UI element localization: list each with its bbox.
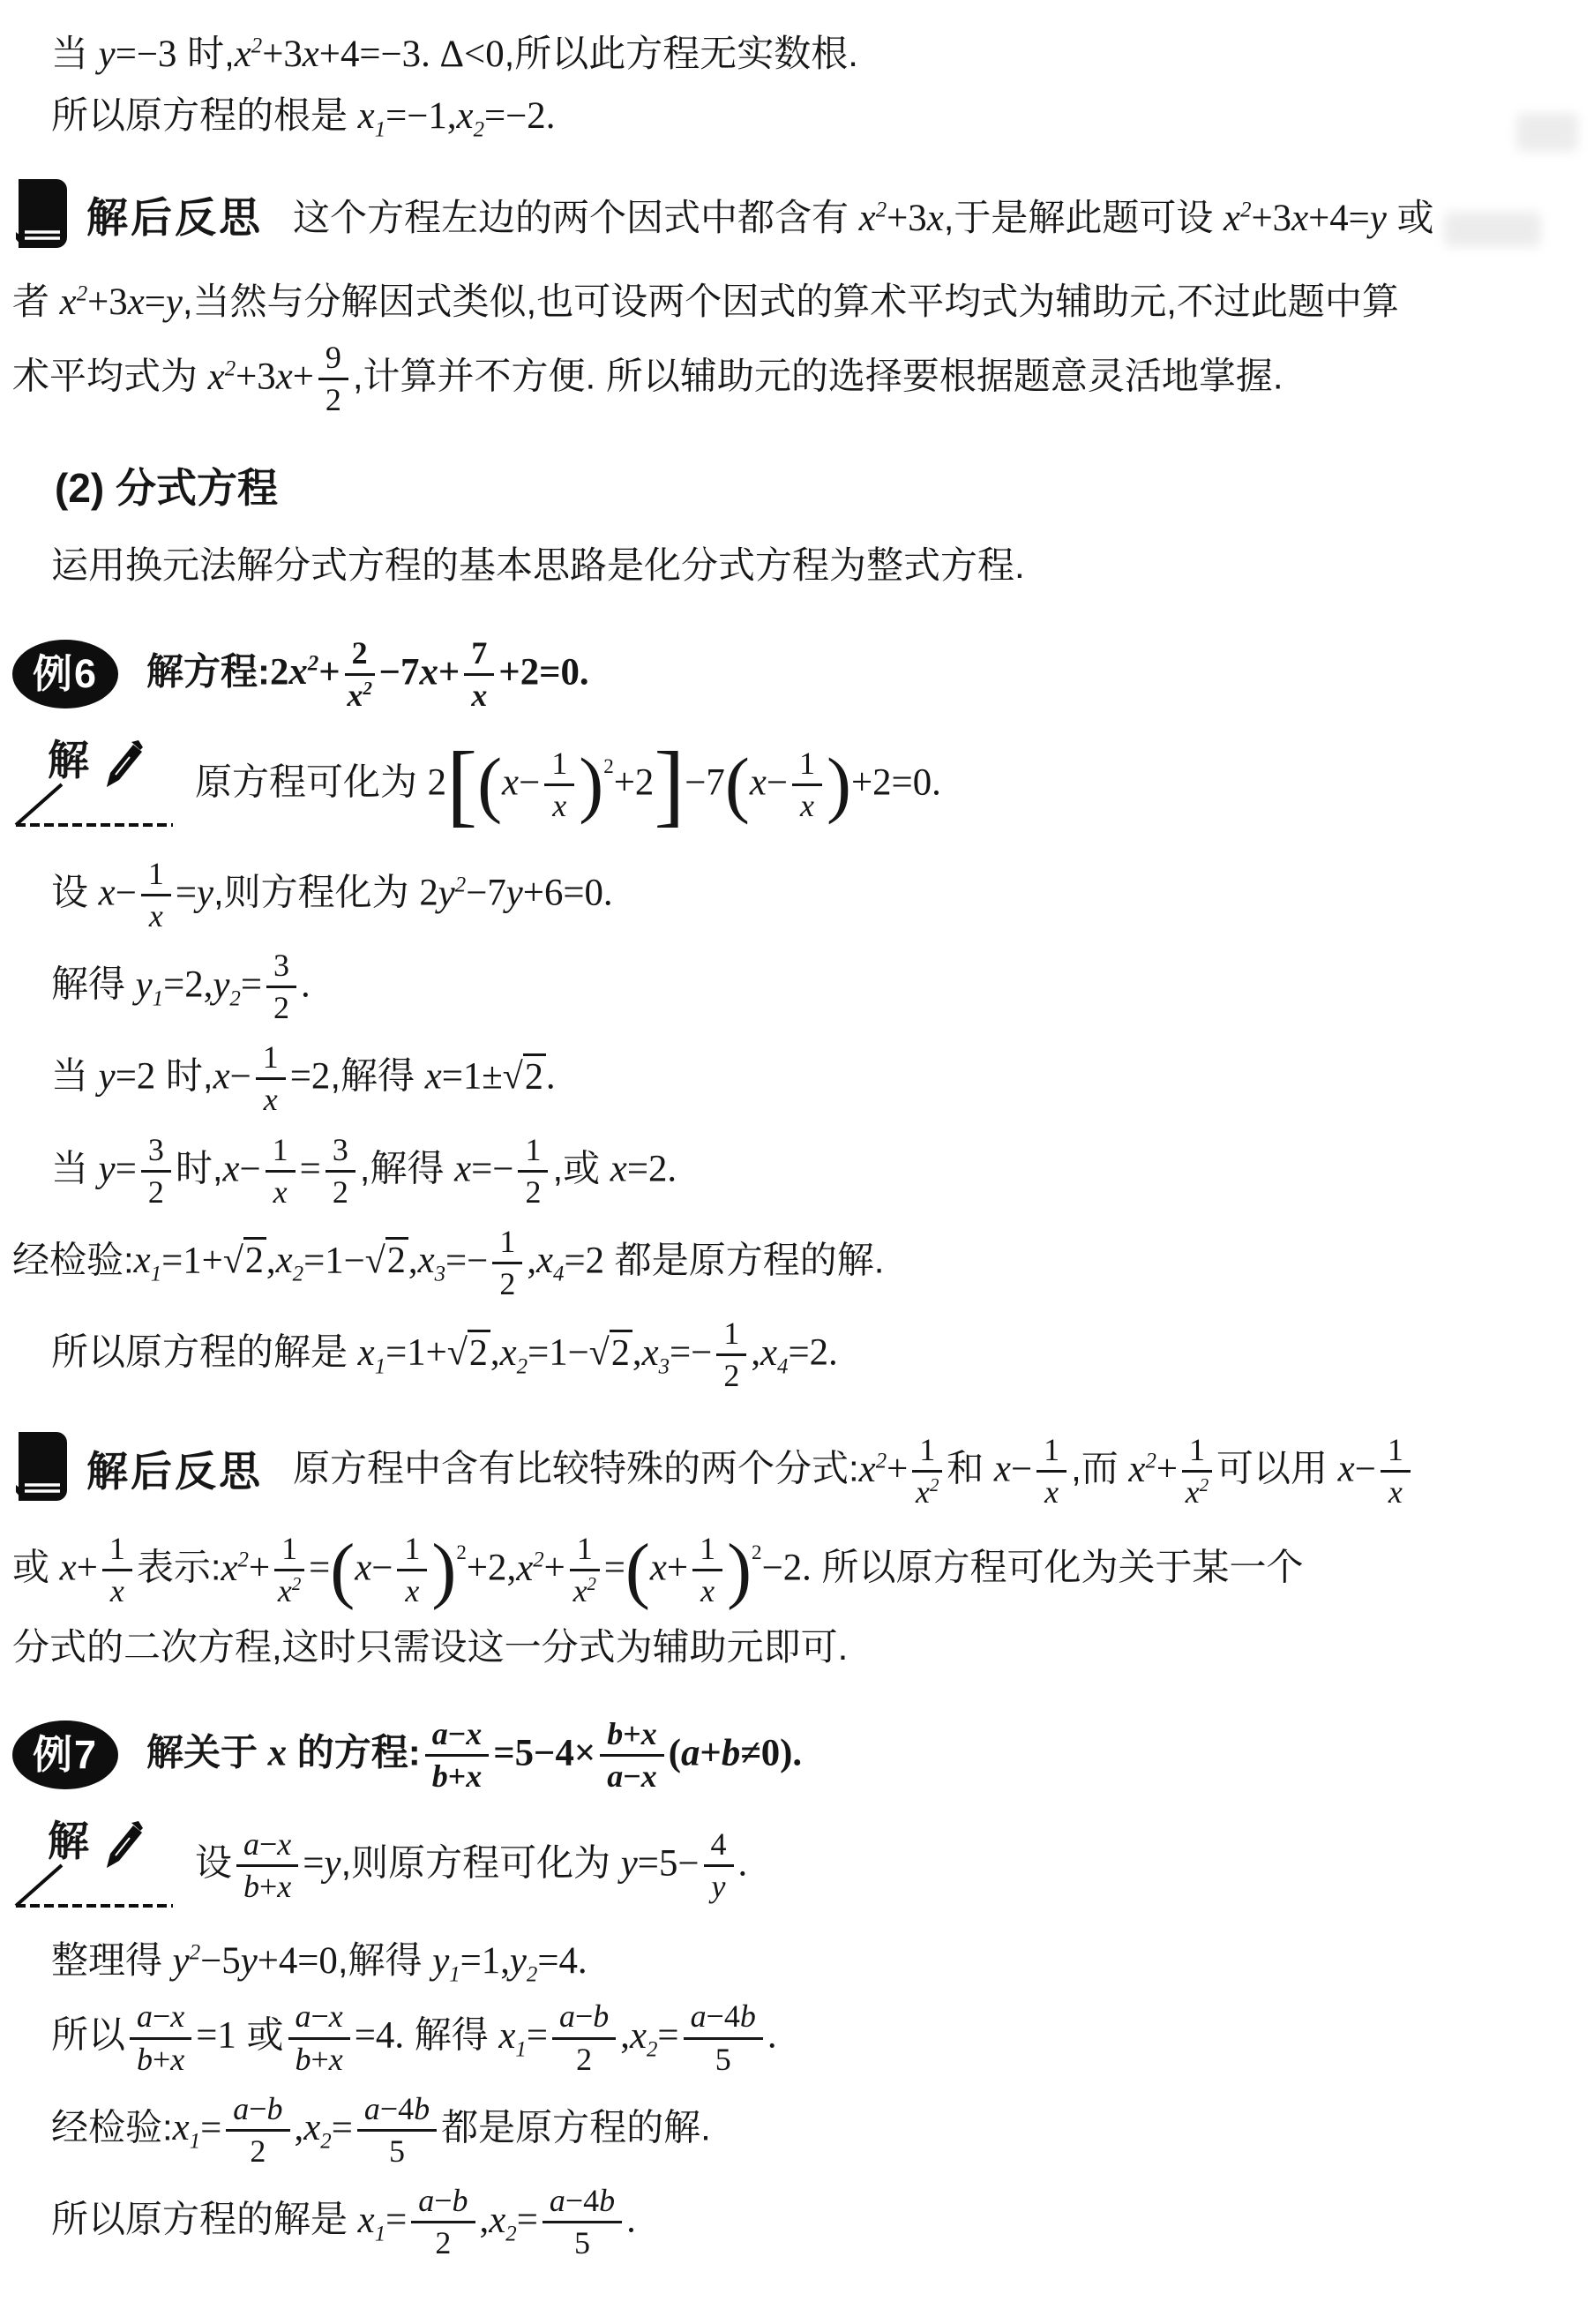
text-line: 当 y=2 时,x−1x=2,解得 x=1±√2. — [11, 1040, 1585, 1117]
math-square-root: √2 — [223, 1237, 266, 1281]
math-variable: x — [650, 1548, 667, 1589]
math-run: +4= — [1308, 198, 1370, 239]
math-fraction: 4y — [704, 1827, 734, 1904]
text-run: 解方程: — [146, 650, 270, 692]
text-line: 所以a−xb+x=1 或a−xb+x=4. 解得 x1=a−b2,x2=a−4b… — [11, 1999, 1585, 2076]
math-fraction: a−4b5 — [684, 1999, 763, 2076]
math-square-root: √2 — [589, 1330, 632, 1374]
math-variable: y — [324, 1843, 341, 1885]
fraction-denominator: 2 — [411, 2223, 475, 2260]
math-run: − — [767, 761, 788, 803]
math-variable: x — [213, 1056, 230, 1098]
fraction-numerator: 3 — [326, 1133, 355, 1173]
math-variable: x — [994, 1449, 1011, 1490]
math-run: −4 — [565, 2183, 599, 2218]
math-variable: x — [277, 1826, 291, 1862]
math-fraction: 32 — [266, 948, 296, 1025]
math-variable: x — [60, 1548, 77, 1589]
math-subscripted: x2 — [276, 1240, 303, 1281]
math-subscripted: x3 — [642, 1332, 670, 1374]
math-fraction: 92 — [318, 341, 348, 417]
text-run: 时, — [176, 33, 234, 74]
math-run: =1 — [196, 2015, 236, 2057]
text-run: 分式的二次方程,这时只需设这一分式为辅助元即可. — [12, 1626, 848, 1668]
fraction-denominator: x — [256, 1080, 286, 1117]
math-subscripted: y2 — [213, 964, 240, 1006]
math-run: 1 — [799, 746, 815, 781]
math-run: 1 — [525, 1132, 541, 1167]
solution-step: 解设a−xb+x=y,则原方程可化为 y=5−4y. — [11, 1820, 1585, 1911]
math-fraction: 12 — [492, 1225, 522, 1301]
math-run: − — [448, 1716, 467, 1751]
text-run: ,而 — [1071, 1448, 1128, 1489]
math-run: =2. — [627, 1148, 677, 1189]
fraction-denominator: x2 — [345, 676, 375, 713]
math-run: 1 — [1044, 1432, 1059, 1467]
math-run: . — [301, 964, 311, 1006]
text-line: 当 y=−3 时,x2+3x+4=−3. Δ<0,所以此方程无实数根. — [11, 31, 1585, 78]
fraction-denominator: 2 — [552, 2040, 616, 2077]
math-run: =1± — [442, 1056, 503, 1098]
fraction-numerator: 3 — [266, 948, 296, 988]
math-run: =5− — [638, 1843, 700, 1885]
math-run: −7 — [685, 761, 725, 803]
math-power: x2 — [347, 678, 371, 713]
math-run: ( — [669, 1732, 681, 1773]
math-run: 1 — [723, 1316, 739, 1351]
math-subscripted: x1 — [358, 95, 385, 137]
fraction-numerator: 1 — [102, 1532, 132, 1571]
solution-step: 解原方程可化为 2[(x−1x)2+2]−7(x−1x)+2=0. — [11, 739, 1585, 830]
math-power: x2 — [516, 1548, 543, 1589]
math-variable: x — [276, 356, 293, 398]
math-fraction: a−xb+x — [425, 1717, 489, 1794]
math-subscripted: x1 — [498, 2015, 526, 2057]
math-fraction: 1x2 — [274, 1532, 304, 1608]
math-run: =2, — [163, 964, 213, 1006]
math-run: 2 — [273, 990, 289, 1025]
fraction-numerator: a−x — [425, 1717, 489, 1757]
math-run: 5 — [389, 2133, 405, 2169]
math-variable: y — [99, 34, 116, 75]
text-run: 和 — [947, 1448, 994, 1489]
math-run: + — [623, 1716, 641, 1751]
math-variable: x — [1291, 198, 1308, 239]
text-run: 都是原方程的解. — [441, 2106, 711, 2148]
math-run: 1 — [263, 1039, 279, 1075]
math-run: − — [249, 2091, 266, 2126]
fraction-denominator: x — [102, 1571, 132, 1608]
math-variable: x — [1044, 1474, 1059, 1510]
fraction-denominator: 5 — [684, 2040, 763, 2077]
text-run: (2) 分式方程 — [55, 465, 278, 511]
fraction-numerator: 1 — [544, 746, 574, 786]
math-run: = — [604, 1548, 625, 1589]
math-run: +6=0. — [523, 873, 613, 914]
math-variable: a — [418, 2183, 434, 2218]
math-run: = — [517, 2200, 538, 2241]
math-fraction: 1x — [1381, 1433, 1411, 1510]
math-subscripted: x3 — [418, 1240, 445, 1281]
text-run: 原方程可化为 — [195, 761, 428, 802]
math-run: 3 — [148, 1132, 164, 1167]
math-run: = — [300, 1148, 321, 1189]
fraction-numerator: 1 — [792, 746, 822, 786]
book-icon — [12, 177, 69, 259]
math-power: x2 — [1128, 1449, 1156, 1490]
fraction-numerator: 1 — [1036, 1433, 1066, 1473]
text-run: ,则方程化为 — [213, 872, 419, 913]
fraction-denominator: x2 — [1182, 1473, 1212, 1510]
fraction-numerator: a−x — [236, 1827, 298, 1867]
math-variable: x — [610, 1148, 627, 1189]
fraction-numerator: a−x — [288, 1999, 350, 2039]
math-run: 1 — [1388, 1432, 1403, 1467]
example-badge: 例7 — [12, 1721, 118, 1789]
fraction-denominator: 2 — [266, 988, 296, 1025]
textbook-page: 当 y=−3 时,x2+3x+4=−3. Δ<0,所以此方程无实数根.所以原方程… — [0, 0, 1594, 2324]
math-variable: x — [1388, 1474, 1403, 1510]
fraction-denominator: x — [397, 1571, 427, 1608]
math-run: 1 — [148, 856, 164, 891]
math-run: + — [153, 2042, 170, 2077]
math-run: = — [309, 1548, 330, 1589]
fraction-numerator: a−b — [411, 2184, 475, 2223]
math-run: 2 — [419, 873, 438, 914]
math-power: x2 — [60, 281, 87, 323]
document-content: 当 y=−3 时,x2+3x+4=−3. Δ<0,所以此方程无实数根.所以原方程… — [11, 31, 1585, 2260]
text-run: ,或 — [552, 1147, 610, 1188]
book-icon — [12, 1430, 69, 1512]
math-run: = — [200, 2107, 221, 2148]
math-run: +3 — [262, 34, 303, 75]
fraction-denominator: x — [1381, 1473, 1411, 1510]
math-variable: y — [197, 873, 213, 914]
math-run: +3 — [887, 198, 927, 239]
math-run: =− — [471, 1148, 513, 1189]
math-big-delimiter: ) — [827, 744, 851, 826]
math-run: = — [527, 2015, 548, 2057]
text-line: 所以原方程的解是 x1=1+√2,x2=1−√2,x3=−12,x4=2. — [11, 1316, 1585, 1393]
math-subscripted: y2 — [510, 1940, 537, 1982]
math-run: +2 — [614, 761, 655, 803]
math-run: =1− — [528, 1332, 589, 1374]
math-power: x2 — [573, 1573, 596, 1608]
math-run: − — [153, 1998, 170, 2034]
text-run: 的方程: — [287, 1731, 421, 1773]
math-run: =4. — [355, 2015, 404, 2057]
math-fraction: 1x — [141, 857, 171, 933]
text-run: 者 — [12, 281, 60, 322]
math-fraction: 1x — [397, 1532, 427, 1608]
fraction-numerator: a−4b — [684, 1999, 763, 2039]
math-power: x2 — [1186, 1474, 1209, 1510]
math-variable: b — [414, 2091, 430, 2126]
math-subscripted: x4 — [760, 1332, 788, 1374]
text-run: 所以原方程的解是 — [51, 2199, 358, 2240]
math-variable: a — [681, 1732, 700, 1773]
fraction-denominator: x — [544, 786, 574, 823]
text-run: 时, — [176, 1147, 223, 1188]
math-power: x2 — [859, 1449, 887, 1490]
fraction-denominator: x2 — [912, 1473, 942, 1510]
math-variable: x — [303, 34, 319, 75]
reflection-text: 原方程中含有比较特殊的两个分式:x2+1x2和 x−1x,而 x2+1x2可以用… — [293, 1433, 1415, 1510]
text-run: 所以原方程的解是 — [51, 1331, 358, 1373]
solution-text: 原方程可化为 2[(x−1x)2+2]−7(x−1x)+2=0. — [195, 743, 941, 827]
math-run: 5 — [715, 2042, 731, 2077]
fraction-denominator: b+x — [425, 1757, 489, 1794]
math-variable: a — [364, 2091, 380, 2126]
math-run: =2 — [290, 1056, 331, 1098]
math-run: 2 — [352, 635, 368, 671]
text-run: 所以原方程可化为关于某一个 — [812, 1547, 1304, 1588]
fraction-numerator: 1 — [1381, 1433, 1411, 1473]
math-big-delimiter: ) — [579, 744, 603, 826]
text-run: ,解得 — [360, 1147, 454, 1188]
math-fraction: 1x — [544, 746, 574, 823]
text-line: 运用换元法解分式方程的基本思路是化分式方程为整式方程. — [11, 543, 1585, 588]
math-run: + — [700, 1732, 721, 1773]
math-big-delimiter: [ — [446, 732, 477, 836]
math-run: + — [887, 1449, 908, 1490]
fraction-denominator: 2 — [492, 1264, 522, 1301]
math-variable: x — [223, 1148, 240, 1189]
fraction-denominator: b+x — [288, 2040, 350, 2077]
fraction-numerator: 1 — [1182, 1433, 1212, 1473]
math-run: =− — [445, 1240, 488, 1281]
math-fraction: 1x2 — [912, 1433, 942, 1510]
example-statement: 解关于 x 的方程:a−xb+x=5−4×b+xa−x(a+b≠0). — [146, 1717, 802, 1794]
fraction-numerator: 1 — [912, 1433, 942, 1473]
math-run: ≠0). — [740, 1732, 802, 1773]
math-outer-exponent: 2 — [752, 1541, 762, 1563]
math-run: =1+ — [161, 1240, 223, 1281]
text-line: 所以原方程的根是 x1=−1,x2=−2. — [11, 93, 1585, 139]
math-run: − — [240, 1148, 261, 1189]
text-run: 或 — [12, 1547, 60, 1588]
math-run: + — [544, 1548, 565, 1589]
math-run: =1− — [303, 1240, 365, 1281]
fraction-denominator: 2 — [141, 1173, 171, 1210]
math-variable: x — [466, 1716, 482, 1751]
math-fraction: a−4b5 — [543, 2184, 622, 2260]
text-run: 时, — [155, 1055, 213, 1097]
text-line: 解得 y1=2,y2=32. — [11, 948, 1585, 1025]
math-outer-exponent: 2 — [456, 1541, 467, 1563]
fraction-numerator: 1 — [716, 1316, 746, 1356]
math-big-delimiter: ( — [477, 744, 502, 826]
math-variable: b — [599, 2183, 615, 2218]
text-line: 者 x2+3x=y,当然与分解因式类似,也可设两个因式的算术平均式为辅助元,不过… — [11, 279, 1585, 326]
text-run: ,当然与分解因式类似,也可设两个因式的算术平均式为辅助元,不过此题中算 — [183, 281, 1399, 322]
solve-label: 解 — [25, 1820, 161, 1911]
math-variable: x — [641, 1716, 657, 1751]
math-fraction: 1x — [256, 1040, 286, 1117]
math-run: 9 — [326, 340, 341, 375]
math-run: , — [266, 1240, 276, 1281]
text-run: 设 — [51, 872, 99, 913]
fraction-numerator: 3 — [141, 1133, 171, 1173]
math-fraction: a−4b5 — [357, 2092, 437, 2169]
text-run: 可以用 — [1216, 1448, 1338, 1489]
text-line: 经检验:x1=a−b2,x2=a−4b5都是原方程的解. — [11, 2092, 1585, 2169]
math-variable: x — [268, 1732, 287, 1773]
math-variable: b — [137, 2042, 153, 2077]
fraction-denominator: 2 — [518, 1173, 548, 1210]
math-variable: b — [243, 1869, 259, 1904]
math-subscripted: x2 — [457, 95, 484, 137]
math-variable: x — [502, 761, 519, 803]
text-run: 解得 — [51, 963, 136, 1005]
math-run: =−3 — [116, 34, 177, 75]
math-power: y2 — [438, 873, 466, 914]
math-variable: x — [128, 281, 145, 323]
math-subscripted: x2 — [630, 2015, 657, 2057]
reflection-paragraph: 解后反思这个方程左边的两个因式中都含有 x2+3x,于是解此题可设 x2+3x+… — [11, 177, 1585, 259]
math-variable: a — [691, 1998, 707, 2034]
math-run: = — [241, 964, 262, 1006]
math-power: x2 — [1224, 198, 1251, 239]
math-run: 1 — [404, 1531, 420, 1566]
math-fraction: a−xb+x — [288, 1999, 350, 2076]
math-power: x2 — [278, 1573, 301, 1608]
example-statement: 解方程:2x2+2x2−7x+7x+2=0. — [146, 636, 589, 713]
math-variable: x — [800, 788, 814, 823]
fraction-numerator: a−4b — [357, 2092, 437, 2132]
math-run: − — [116, 873, 137, 914]
math-run: =−2. — [484, 95, 555, 137]
math-variable: x — [170, 2042, 184, 2077]
math-variable: x — [700, 1573, 715, 1608]
fraction-denominator: x2 — [274, 1571, 304, 1608]
text-line: 当 y=32时,x−1x=32,解得 x=−12,或 x=2. — [11, 1133, 1585, 1210]
math-run: 1 — [551, 746, 567, 781]
math-variable: a — [559, 1998, 575, 2034]
math-subscripted: x1 — [358, 1332, 385, 1374]
math-run: 2 — [148, 1174, 164, 1210]
math-variable: x — [471, 678, 487, 713]
math-run: 2 — [333, 1174, 348, 1210]
math-run: + — [1156, 1449, 1178, 1490]
math-run: 4 — [711, 1826, 727, 1862]
math-run: = — [385, 2200, 407, 2241]
math-run: , — [632, 1332, 642, 1374]
math-variable: a — [243, 1826, 259, 1862]
math-fraction: a−b2 — [226, 2092, 289, 2169]
text-run: ,解得 — [338, 1939, 432, 1981]
math-fraction: 12 — [716, 1316, 746, 1393]
math-run: =5−4× — [493, 1732, 595, 1773]
math-run: −4 — [380, 2091, 414, 2126]
math-big-delimiter: ) — [431, 1529, 456, 1611]
fraction-denominator: x — [266, 1173, 296, 1210]
math-run: =1+ — [385, 1332, 447, 1374]
math-run: = — [176, 873, 197, 914]
math-run: 1 — [273, 1132, 288, 1167]
example-badge: 例6 — [12, 640, 118, 708]
math-run: + — [318, 651, 340, 693]
math-run: 1 — [919, 1432, 935, 1467]
text-run: 所以 — [51, 2014, 125, 2056]
math-power: x2 — [235, 34, 262, 75]
math-fraction: 2x2 — [345, 636, 375, 713]
math-run: 2 — [326, 382, 341, 417]
math-run: =2. — [788, 1332, 837, 1374]
math-run: = — [657, 2015, 678, 2057]
fraction-numerator: 1 — [492, 1225, 522, 1264]
math-variable: x — [355, 1548, 371, 1589]
math-variable: x — [454, 1148, 471, 1189]
math-run: +4=−3. Δ<0 — [319, 34, 505, 75]
math-run: − — [434, 2183, 452, 2218]
fraction-numerator: a−b — [226, 2092, 289, 2132]
fraction-numerator: 1 — [256, 1040, 286, 1080]
math-run: −4 — [707, 1998, 740, 2034]
math-variable: y — [506, 873, 523, 914]
math-variable: a — [137, 1998, 153, 2034]
text-run: 这个方程左边的两个因式中都含有 — [293, 197, 859, 238]
fraction-numerator: b+x — [600, 1717, 663, 1757]
text-run: 或 — [236, 2014, 284, 2056]
text-line: 或 x+1x表示:x2+1x2=(x−1x)2+2,x2+1x2=(x+1x)2… — [11, 1532, 1585, 1608]
math-subscripted: x1 — [358, 2200, 385, 2241]
math-run: . — [546, 1056, 556, 1098]
math-fraction: a−b2 — [411, 2184, 475, 2260]
fraction-numerator: 4 — [704, 1827, 734, 1867]
math-variable: x — [419, 651, 438, 693]
math-variable: b — [432, 1758, 448, 1794]
math-run: 3 — [333, 1132, 348, 1167]
math-variable: b — [296, 2042, 311, 2077]
math-run: 2 — [723, 1358, 739, 1393]
fraction-numerator: 2 — [345, 636, 375, 676]
math-run: 2 — [435, 2225, 451, 2260]
math-run: −7 — [379, 651, 420, 693]
math-variable: b — [593, 1998, 609, 2034]
math-run: + — [667, 1548, 688, 1589]
fraction-numerator: 1 — [397, 1532, 427, 1571]
text-line: 分式的二次方程,这时只需设这一分式为辅助元即可. — [11, 1624, 1585, 1669]
fraction-denominator: 2 — [326, 1173, 355, 1210]
math-run: + — [249, 1548, 270, 1589]
math-variable: x — [277, 1869, 291, 1904]
math-variable: x — [425, 1056, 442, 1098]
text-run: 所以原方程的根是 — [51, 94, 358, 136]
reflection-paragraph: 解后反思原方程中含有比较特殊的两个分式:x2+1x2和 x−1x,而 x2+1x… — [11, 1430, 1585, 1512]
math-run: +2=0. — [498, 651, 588, 693]
math-run: + — [293, 356, 314, 398]
math-variable: y — [99, 1056, 116, 1098]
math-run: +2=0. — [851, 761, 941, 803]
text-line: 术平均式为 x2+3x+92,计算并不方便. 所以辅助元的选择要根据题意灵活地掌… — [11, 341, 1585, 417]
math-subscripted: x2 — [489, 2200, 516, 2241]
math-run: − — [1011, 1449, 1032, 1490]
math-run: 1 — [281, 1531, 297, 1566]
math-run: +3 — [1251, 198, 1291, 239]
text-run: 经检验: — [51, 2106, 173, 2148]
math-big-delimiter: ( — [625, 1529, 650, 1611]
math-run: 1 — [499, 1224, 515, 1259]
math-fraction: 32 — [141, 1133, 171, 1210]
fraction-numerator: 1 — [141, 857, 171, 896]
math-fraction: b+xa−x — [600, 1717, 663, 1794]
math-power: y2 — [173, 1940, 200, 1982]
math-run: =− — [670, 1332, 712, 1374]
math-run: 1 — [109, 1531, 125, 1566]
fraction-denominator: y — [704, 1867, 734, 1904]
text-run: ,则原方程可化为 — [341, 1842, 620, 1884]
